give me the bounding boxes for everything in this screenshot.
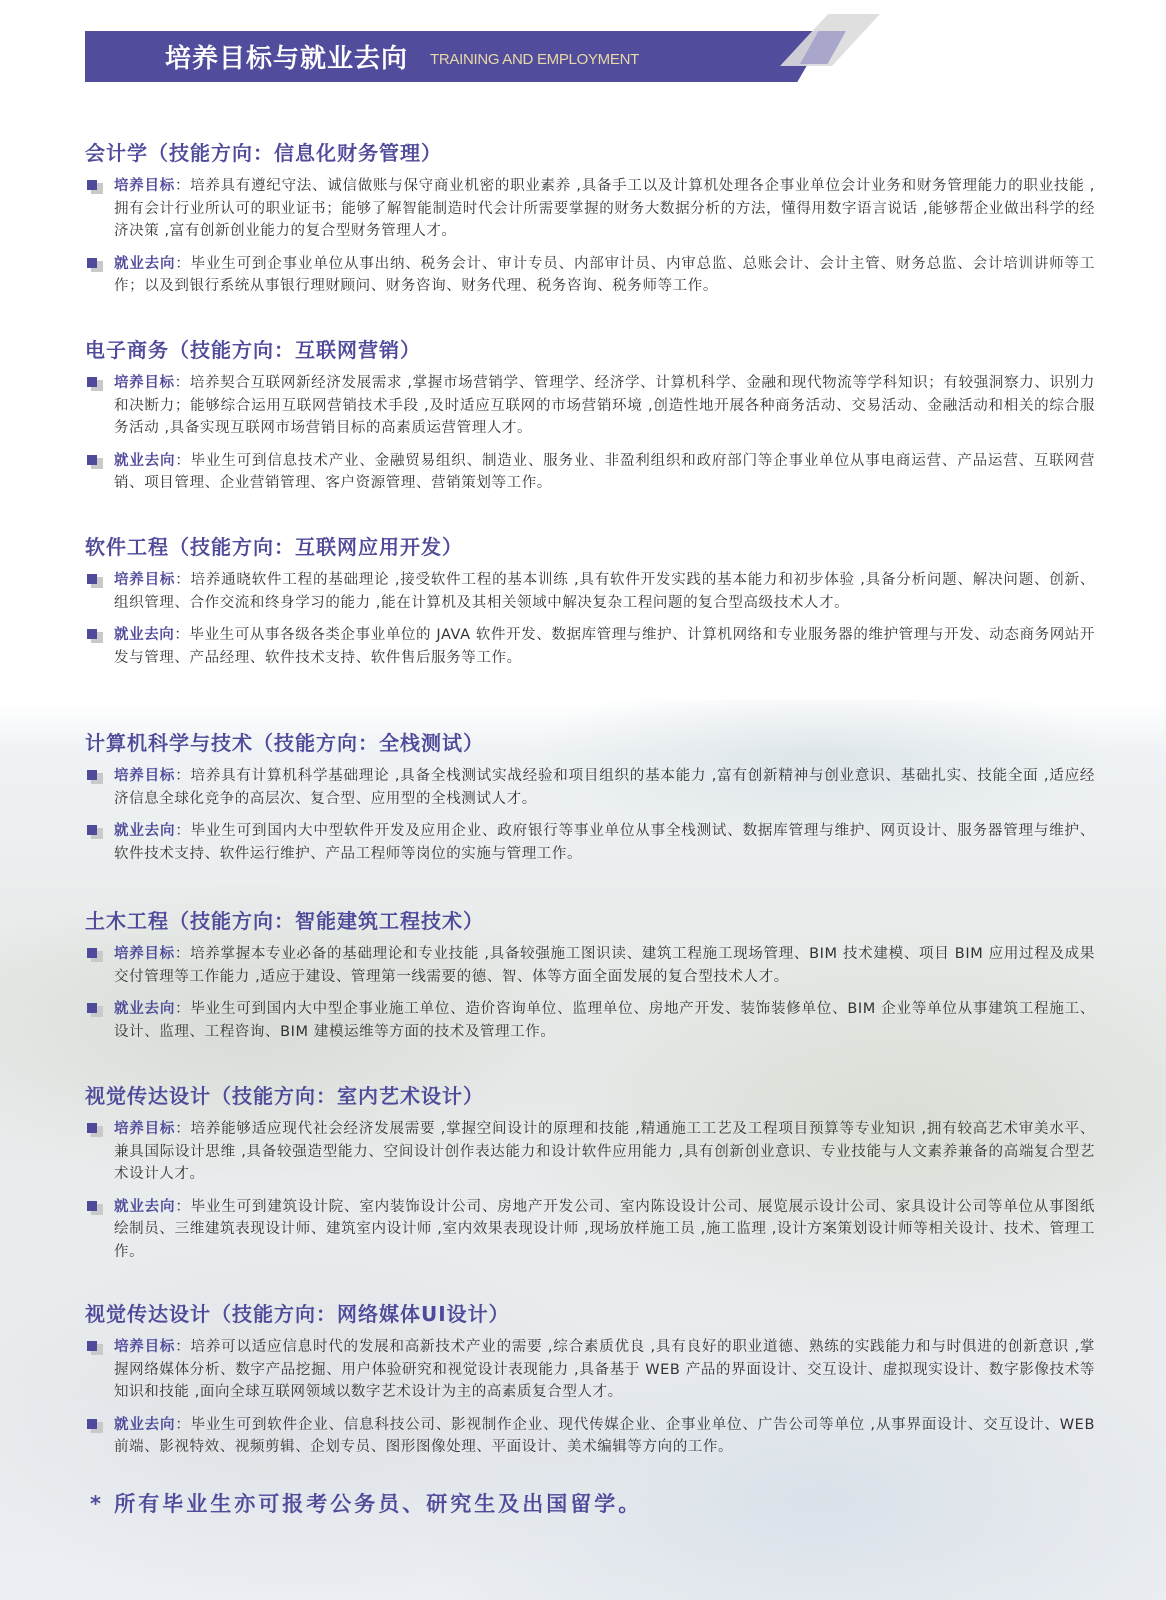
goal-label: 培养目标 [114,1339,175,1355]
goal-item: 培养目标：培养具有遵纪守法、诚信做账与保守商业机密的职业素养 ,具备手工以及计算… [85,175,1095,243]
goal-text: 培养契合互联网新经济发展需求 ,掌握市场营销学、管理学、经济学、计算机科学、金融… [114,375,1095,436]
section-title: 软件工程（技能方向：互联网应用开发） [85,531,1095,563]
career-text: 毕业生可到软件企业、信息科技公司、影视制作企业、现代传媒企业、企事业单位、广告公… [114,1417,1095,1456]
career-label: 就业去向 [114,823,175,839]
career-label: 就业去向 [114,1199,175,1215]
square-bullet-icon [87,1123,103,1137]
goal-text: 培养具有遵纪守法、诚信做账与保守商业机密的职业素养 ,具备手工以及计算机处理各企… [114,178,1095,239]
goal-label: 培养目标 [114,178,175,194]
goal-text: 培养可以适应信息时代的发展和高新技术产业的需要 ,综合素质优良 ,具有良好的职业… [114,1339,1095,1400]
section-title: 视觉传达设计（技能方向：网络媒体UI设计） [85,1298,1095,1330]
square-bullet-icon [87,1341,103,1355]
section-title: 计算机科学与技术（技能方向：全栈测试） [85,727,1095,759]
square-bullet-icon [87,1201,103,1215]
square-bullet-icon [87,180,103,194]
career-text: 毕业生可到企事业单位从事出纳、税务会计、审计专员、内部审计员、内审总监、总账会计… [114,256,1095,295]
goal-item: 培养目标：培养通晓软件工程的基础理论 ,接受软件工程的基本训练 ,具有软件开发实… [85,569,1095,614]
section-title: 土木工程（技能方向：智能建筑工程技术） [85,905,1095,937]
section-title: 视觉传达设计（技能方向：室内艺术设计） [85,1080,1095,1112]
career-text: 毕业生可从事各级各类企事业单位的 JAVA 软件开发、数据库管理与维护、计算机网… [114,627,1095,666]
square-bullet-icon [87,574,103,588]
goal-item: 培养目标：培养可以适应信息时代的发展和高新技术产业的需要 ,综合素质优良 ,具有… [85,1336,1095,1404]
goal-item: 培养目标：培养契合互联网新经济发展需求 ,掌握市场营销学、管理学、经济学、计算机… [85,372,1095,440]
career-label: 就业去向 [114,256,175,272]
goal-item: 培养目标：培养掌握本专业必备的基础理论和专业技能 ,具备较强施工图识读、建筑工程… [85,943,1095,988]
major-section-ecommerce: 电子商务（技能方向：互联网营销） 培养目标：培养契合互联网新经济发展需求 ,掌握… [85,334,1095,495]
square-bullet-icon [87,258,103,272]
page-title: 培养目标与就业去向 [165,38,408,75]
major-section-software-engineering: 软件工程（技能方向：互联网应用开发） 培养目标：培养通晓软件工程的基础理论 ,接… [85,531,1095,669]
square-bullet-icon [87,629,103,643]
square-bullet-icon [87,1003,103,1017]
career-item: 就业去向：毕业生可到建筑设计院、室内装饰设计公司、房地产开发公司、室内陈设设计公… [85,1196,1095,1264]
career-text: 毕业生可到国内大中型企事业施工单位、造价咨询单位、监理单位、房地产开发、装饰装修… [114,1001,1095,1040]
goal-text: 培养能够适应现代社会经济发展需要 ,掌握空间设计的原理和技能 ,精通施工工艺及工… [114,1121,1095,1182]
square-bullet-icon [87,377,103,391]
career-text: 毕业生可到建筑设计院、室内装饰设计公司、房地产开发公司、室内陈设设计公司、展览展… [114,1199,1095,1260]
goal-label: 培养目标 [114,768,175,784]
goal-text: 培养通晓软件工程的基础理论 ,接受软件工程的基本训练 ,具有软件开发实践的基本能… [114,572,1095,611]
footer-note: * 所有毕业生亦可报考公务员、研究生及出国留学。 [90,1488,642,1518]
square-bullet-icon [87,455,103,469]
square-bullet-icon [87,1419,103,1433]
career-label: 就业去向 [114,627,174,643]
goal-text: 培养具有计算机科学基础理论 ,具备全栈测试实战经验和项目组织的基本能力 ,富有创… [114,768,1095,807]
goal-item: 培养目标：培养能够适应现代社会经济发展需要 ,掌握空间设计的原理和技能 ,精通施… [85,1118,1095,1186]
career-item: 就业去向：毕业生可从事各级各类企事业单位的 JAVA 软件开发、数据库管理与维护… [85,624,1095,669]
goal-label: 培养目标 [114,1121,175,1137]
square-bullet-icon [87,825,103,839]
goal-text: 培养掌握本专业必备的基础理论和专业技能 ,具备较强施工图识读、建筑工程施工现场管… [114,946,1095,985]
career-label: 就业去向 [114,453,175,469]
major-section-civil-engineering: 土木工程（技能方向：智能建筑工程技术） 培养目标：培养掌握本专业必备的基础理论和… [85,905,1095,1043]
career-item: 就业去向：毕业生可到企事业单位从事出纳、税务会计、审计专员、内部审计员、内审总监… [85,253,1095,298]
major-section-ui-design: 视觉传达设计（技能方向：网络媒体UI设计） 培养目标：培养可以适应信息时代的发展… [85,1298,1095,1459]
career-text: 毕业生可到信息技术产业、金融贸易组织、制造业、服务业、非盈利组织和政府部门等企事… [114,453,1095,492]
career-item: 就业去向：毕业生可到国内大中型企事业施工单位、造价咨询单位、监理单位、房地产开发… [85,998,1095,1043]
square-bullet-icon [87,948,103,962]
career-label: 就业去向 [114,1001,175,1017]
career-item: 就业去向：毕业生可到国内大中型软件开发及应用企业、政府银行等事业单位从事全栈测试… [85,820,1095,865]
career-text: 毕业生可到国内大中型软件开发及应用企业、政府银行等事业单位从事全栈测试、数据库管… [114,823,1095,862]
major-section-accounting: 会计学（技能方向：信息化财务管理） 培养目标：培养具有遵纪守法、诚信做账与保守商… [85,137,1095,298]
goal-label: 培养目标 [114,946,175,962]
square-bullet-icon [87,770,103,784]
goal-label: 培养目标 [114,572,175,588]
goal-item: 培养目标：培养具有计算机科学基础理论 ,具备全栈测试实战经验和项目组织的基本能力… [85,765,1095,810]
career-item: 就业去向：毕业生可到软件企业、信息科技公司、影视制作企业、现代传媒企业、企事业单… [85,1414,1095,1459]
section-title: 会计学（技能方向：信息化财务管理） [85,137,1095,169]
major-section-computer-science: 计算机科学与技术（技能方向：全栈测试） 培养目标：培养具有计算机科学基础理论 ,… [85,727,1095,865]
career-item: 就业去向：毕业生可到信息技术产业、金融贸易组织、制造业、服务业、非盈利组织和政府… [85,450,1095,495]
page-subtitle: TRAINING AND EMPLOYMENT [430,51,639,68]
major-section-interior-design: 视觉传达设计（技能方向：室内艺术设计） 培养目标：培养能够适应现代社会经济发展需… [85,1080,1095,1263]
goal-label: 培养目标 [114,375,175,391]
section-title: 电子商务（技能方向：互联网营销） [85,334,1095,366]
career-label: 就业去向 [114,1417,175,1433]
